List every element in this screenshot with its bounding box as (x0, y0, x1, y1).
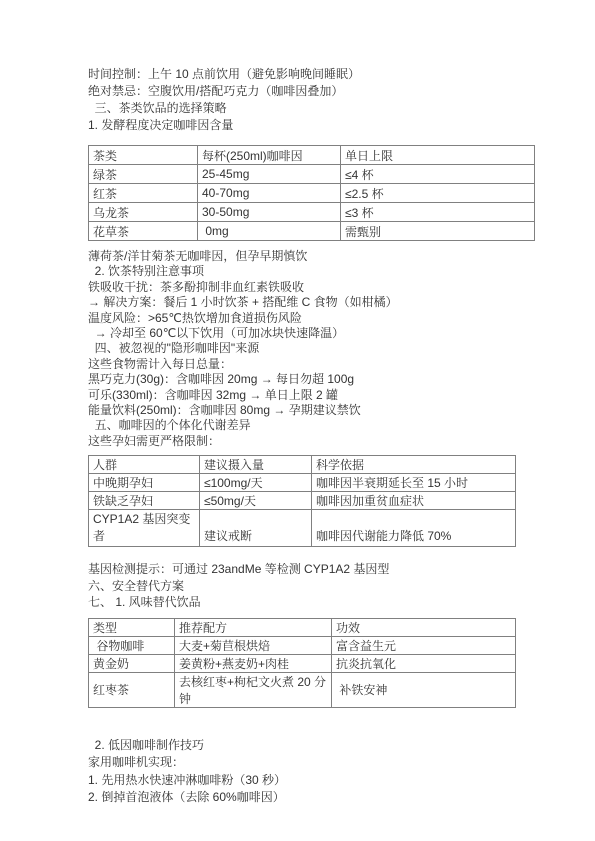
text-line: 1. 先用热水快速冲淋咖啡粉（30 秒） (88, 772, 507, 790)
table-cell: 补铁安神 (332, 672, 516, 707)
table-cell: 乌龙茶 (89, 203, 198, 222)
text-line: → 解决方案：餐后 1 小时饮茶 + 搭配维 C 食物（如柑橘） (88, 295, 507, 310)
table-cell: 大麦+菊苣根烘焙 (175, 636, 332, 654)
document-page: 时间控制：上午 10 点前饮用（避免影响晚间睡眠） 绝对禁忌：空腹饮用/搭配巧克… (0, 0, 595, 841)
population-limit-table: 人群 建议摄入量 科学依据 中晚期孕妇 ≤100mg/天 咖啡因半衰期延长至 1… (88, 455, 516, 547)
section-heading-alternatives: 六、安全替代方案 (88, 578, 507, 595)
table-cell: ≤50mg/天 (200, 492, 312, 510)
table-cell: 0mg (198, 222, 341, 241)
text-line: 铁吸收干扰：茶多酚抑制非血红素铁吸收 (88, 280, 507, 295)
table-cell: 绿茶 (89, 165, 198, 184)
text-line: 这些食物需计入每日总量： (88, 357, 507, 372)
text-line: 七、 1. 风味替代饮品 (88, 594, 507, 611)
table-cell: 建议戒断 (200, 510, 312, 547)
table-header-cell: 功效 (332, 618, 516, 636)
section-heading-tea: 三、茶类饮品的选择策略 (88, 100, 507, 117)
table-cell: 铁缺乏孕妇 (89, 492, 200, 510)
closing-paragraph: 2. 低因咖啡制作技巧 家用咖啡机实现： 1. 先用热水快速冲淋咖啡粉（30 秒… (88, 737, 507, 807)
tea-notes-paragraph: 薄荷茶/洋甘菊茶无咖啡因，但孕早期慎饮 2. 饮茶特别注意事项 铁吸收干扰：茶多… (88, 249, 507, 449)
table-cell: 黄金奶 (89, 654, 175, 672)
table-cell: 咖啡因加重贫血症状 (312, 492, 516, 510)
table-cell: 富含益生元 (332, 636, 516, 654)
table-cell: ≤2.5 杯 (341, 184, 535, 203)
table-row: 乌龙茶 30-50mg ≤3 杯 (89, 203, 535, 222)
table-cell: 红茶 (89, 184, 198, 203)
table-row: CYP1A2 基因突变者 建议戒断 咖啡因代谢能力降低 70% (89, 510, 516, 547)
table-cell: 花草茶 (89, 222, 198, 241)
section-heading-metabolism: 五、咖啡因的个体化代谢差异 (88, 418, 507, 433)
section-heading-decaf-tips: 2. 低因咖啡制作技巧 (88, 737, 507, 755)
text-line: 可乐(330ml)：含咖啡因 32mg → 单日上限 2 罐 (88, 388, 507, 403)
text-line: 能量饮料(250ml)：含咖啡因 80mg → 孕期建议禁饮 (88, 403, 507, 418)
text-line: 时间控制：上午 10 点前饮用（避免影响晚间睡眠） (88, 66, 507, 83)
text-line: 黑巧克力(30g)：含咖啡因 20mg → 每日勿超 100g (88, 372, 507, 387)
table-cell: 谷物咖啡 (89, 636, 175, 654)
section-heading-hidden-caffeine: 四、被忽视的"隐形咖啡因"来源 (88, 341, 507, 356)
table-cell: ≤4 杯 (341, 165, 535, 184)
table-cell: 需甄别 (341, 222, 535, 241)
table-cell: ≤3 杯 (341, 203, 535, 222)
text-line: → 冷却至 60℃以下饮用（可加冰块快速降温） (88, 326, 507, 341)
table-cell: 40-70mg (198, 184, 341, 203)
table-header-cell: 推荐配方 (175, 618, 332, 636)
table-cell: 姜黄粉+燕麦奶+肉桂 (175, 654, 332, 672)
table-cell: 去核红枣+枸杞文火煮 20 分钟 (175, 672, 332, 707)
table-row: 花草茶 0mg 需甄别 (89, 222, 535, 241)
table-row: 红茶 40-70mg ≤2.5 杯 (89, 184, 535, 203)
text-line: 薄荷茶/洋甘菊茶无咖啡因，但孕早期慎饮 (88, 249, 507, 264)
table-header-row: 茶类 每杯(250ml)咖啡因 单日上限 (89, 146, 535, 165)
table-header-cell: 类型 (89, 618, 175, 636)
table-cell: 咖啡因半衰期延长至 15 小时 (312, 474, 516, 492)
table-header-row: 人群 建议摄入量 科学依据 (89, 456, 516, 474)
table-header-cell: 每杯(250ml)咖啡因 (198, 146, 341, 165)
table-header-cell: 建议摄入量 (200, 456, 312, 474)
table-header-row: 类型 推荐配方 功效 (89, 618, 516, 636)
table-header-cell: 单日上限 (341, 146, 535, 165)
table-row: 铁缺乏孕妇 ≤50mg/天 咖啡因加重贫血症状 (89, 492, 516, 510)
alternative-drinks-table: 类型 推荐配方 功效 谷物咖啡 大麦+菊苣根烘焙 富含益生元 黄金奶 姜黄粉+燕… (88, 618, 516, 708)
text-line: 这些孕妇需更严格限制： (88, 434, 507, 449)
table-row: 中晚期孕妇 ≤100mg/天 咖啡因半衰期延长至 15 小时 (89, 474, 516, 492)
alternatives-intro-paragraph: 基因检测提示：可通过 23andMe 等检测 CYP1A2 基因型 六、安全替代… (88, 561, 507, 611)
table-cell: 红枣茶 (89, 672, 175, 707)
text-line: 家用咖啡机实现： (88, 754, 507, 772)
intro-paragraph: 时间控制：上午 10 点前饮用（避免影响晚间睡眠） 绝对禁忌：空腹饮用/搭配巧克… (88, 66, 507, 134)
table-cell: ≤100mg/天 (200, 474, 312, 492)
table-header-cell: 人群 (89, 456, 200, 474)
table-row: 谷物咖啡 大麦+菊苣根烘焙 富含益生元 (89, 636, 516, 654)
table-cell: CYP1A2 基因突变者 (89, 510, 200, 547)
table-row: 黄金奶 姜黄粉+燕麦奶+肉桂 抗炎抗氧化 (89, 654, 516, 672)
table-row: 红枣茶 去核红枣+枸杞文火煮 20 分钟 补铁安神 (89, 672, 516, 707)
text-line: 1. 发酵程度决定咖啡因含量 (88, 117, 507, 134)
text-line: 2. 饮茶特别注意事项 (88, 264, 507, 279)
text-line: 绝对禁忌：空腹饮用/搭配巧克力（咖啡因叠加） (88, 83, 507, 100)
table-cell: 抗炎抗氧化 (332, 654, 516, 672)
table-cell: 25-45mg (198, 165, 341, 184)
text-line: 温度风险：>65℃热饮增加食道损伤风险 (88, 311, 507, 326)
text-line: 基因检测提示：可通过 23andMe 等检测 CYP1A2 基因型 (88, 561, 507, 578)
table-header-cell: 茶类 (89, 146, 198, 165)
table-header-cell: 科学依据 (312, 456, 516, 474)
text-line: 2. 倒掉首泡液体（去除 60%咖啡因） (88, 789, 507, 807)
table-cell: 咖啡因代谢能力降低 70% (312, 510, 516, 547)
tea-caffeine-table: 茶类 每杯(250ml)咖啡因 单日上限 绿茶 25-45mg ≤4 杯 红茶 … (88, 145, 535, 241)
table-cell: 30-50mg (198, 203, 341, 222)
table-row: 绿茶 25-45mg ≤4 杯 (89, 165, 535, 184)
table-cell: 中晚期孕妇 (89, 474, 200, 492)
